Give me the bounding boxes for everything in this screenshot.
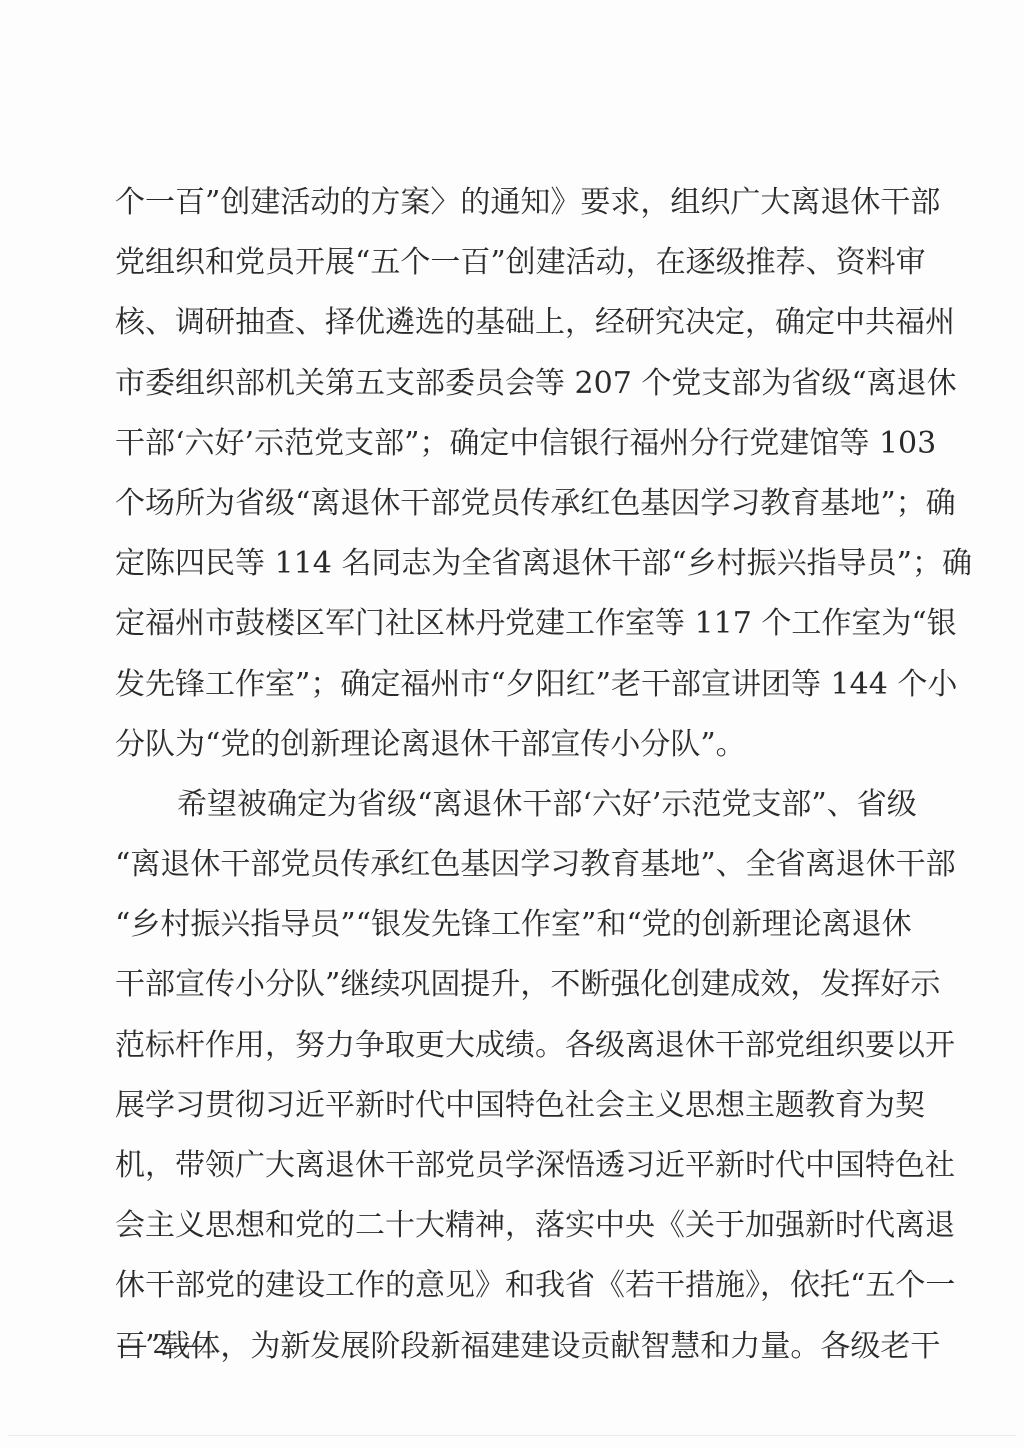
- text-line: 休干部党的建设工作的意见》和我省《若干措施》，依托“五个一: [115, 1256, 891, 1316]
- text-line: 核、调研抽查、择优遴选的基础上，经研究决定，确定中共福州: [115, 293, 891, 353]
- text-line: 发先锋工作室”；确定福州市“夕阳红”老干部宣讲团等 144 个小: [115, 655, 891, 715]
- text-line: 干部‘六好’示范党支部”；确定中信银行福州分行党建馆等 103: [115, 414, 891, 474]
- text-line: 个场所为省级“离退休干部党员传承红色基因学习教育基地”；确: [115, 474, 891, 534]
- document-body: 个一百”创建活动的方案〉的通知》要求，组织广大离退休干部 党组织和党员开展“五个…: [115, 173, 891, 1377]
- paragraph-end-line: 分队为“党的创新理论离退休干部宣传小分队”。: [115, 715, 891, 775]
- scan-edge-divider: [8, 1435, 1016, 1436]
- text-line: 百”载体，为新发展阶段新福建建设贡献智慧和力量。各级老干: [115, 1317, 891, 1377]
- text-line: 范标杆作用，努力争取更大成绩。各级离退休干部党组织要以开: [115, 1016, 891, 1076]
- text-line: 定陈四民等 114 名同志为全省离退休干部“乡村振兴指导员”；确: [115, 534, 891, 594]
- text-line: 党组织和党员开展“五个一百”创建活动，在逐级推荐、资料审: [115, 233, 891, 293]
- text-line: 个一百”创建活动的方案〉的通知》要求，组织广大离退休干部: [115, 173, 891, 233]
- document-page: 个一百”创建活动的方案〉的通知》要求，组织广大离退休干部 党组织和党员开展“五个…: [0, 0, 1024, 1448]
- page-number: — 2 —: [118, 1325, 202, 1365]
- text-line: 定福州市鼓楼区军门社区林丹党建工作室等 117 个工作室为“银: [115, 594, 891, 654]
- text-line: “离退休干部党员传承红色基因学习教育基地”、全省离退休干部: [115, 835, 891, 895]
- text-line: 展学习贯彻习近平新时代中国特色社会主义思想主题教育为契: [115, 1076, 891, 1136]
- text-line: 机，带领广大离退休干部党员学深悟透习近平新时代中国特色社: [115, 1136, 891, 1196]
- text-line: 市委组织部机关第五支部委员会等 207 个党支部为省级“离退休: [115, 354, 891, 414]
- text-line: 干部宣传小分队”继续巩固提升，不断强化创建成效，发挥好示: [115, 955, 891, 1015]
- text-line: “乡村振兴指导员”“银发先锋工作室”和“党的创新理论离退休: [115, 895, 891, 955]
- paragraph-first-line: 希望被确定为省级“离退休干部‘六好’示范党支部”、省级: [115, 775, 891, 835]
- text-line: 会主义思想和党的二十大精神，落实中央《关于加强新时代离退: [115, 1196, 891, 1256]
